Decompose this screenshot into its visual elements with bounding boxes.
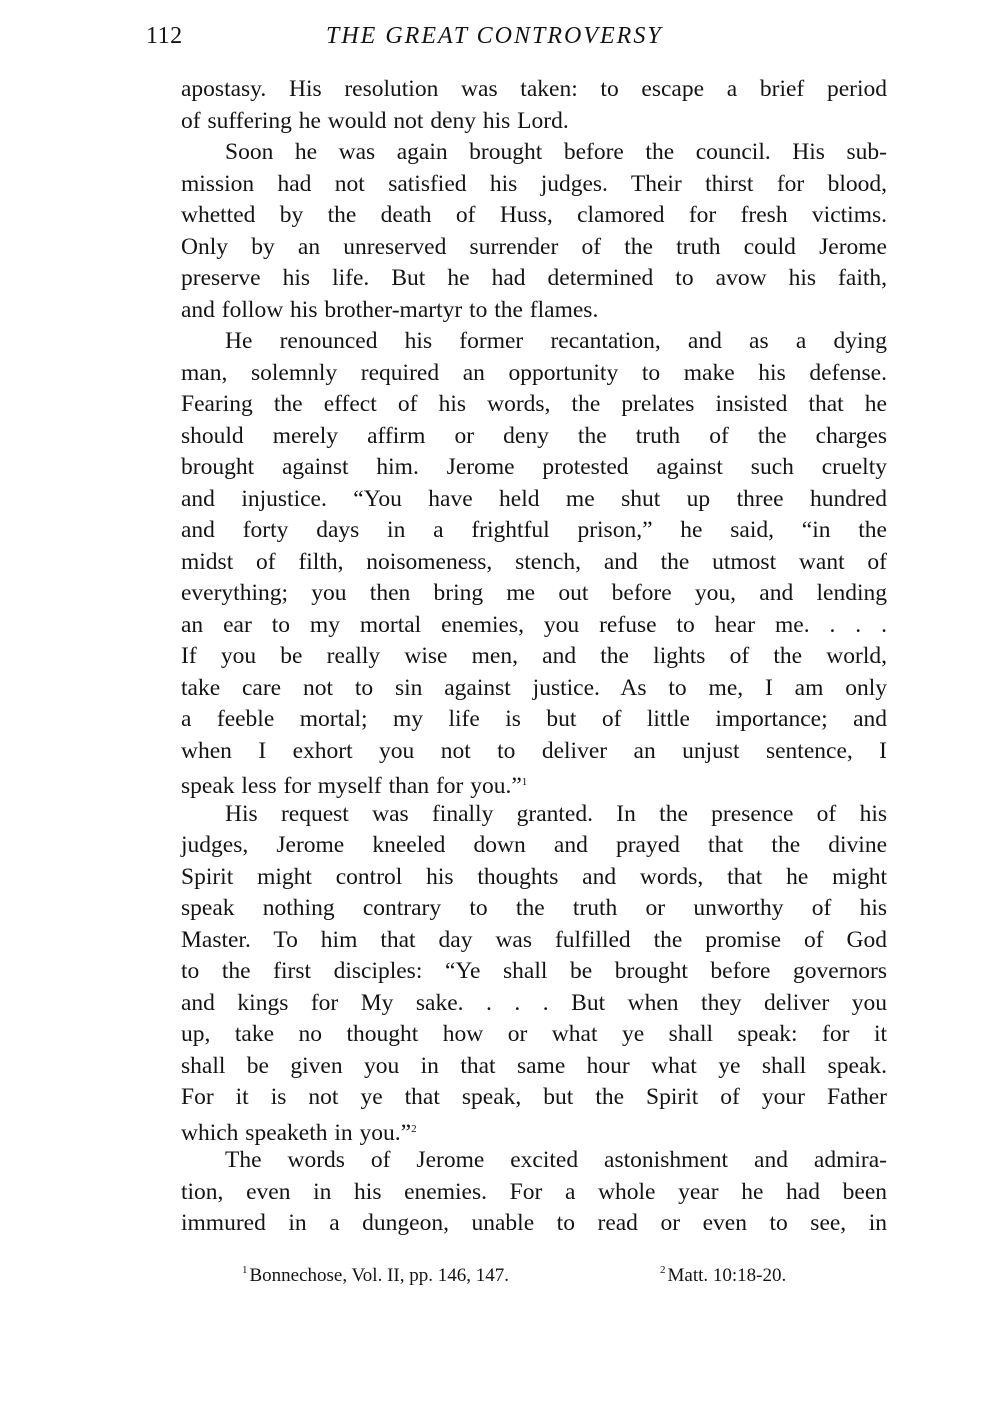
text-line: and follow his brother-martyr to the fla… xyxy=(181,295,887,327)
running-title: THE GREAT CONTROVERSY xyxy=(326,18,663,54)
body-text: apostasy. His resolution was taken: to e… xyxy=(181,74,887,1240)
text-line: when I exhort you not to deliver an unju… xyxy=(181,736,887,768)
text-line: whetted by the death of Huss, clamored f… xyxy=(181,200,887,232)
paragraph: apostasy. His resolution was taken: to e… xyxy=(181,74,887,137)
text-line: and injustice. “You have held me shut up… xyxy=(181,484,887,516)
footnote-1: 1Bonnechose, Vol. II, pp. 146, 147. xyxy=(242,1256,509,1290)
text-line: and forty days in a frightful prison,” h… xyxy=(181,515,887,547)
text-line: mission had not satisfied his judges. Th… xyxy=(181,169,887,201)
page-number: 112 xyxy=(146,18,183,54)
footnote-marker: 1 xyxy=(242,1264,248,1276)
paragraph: His request was finally granted. In the … xyxy=(181,799,887,1146)
text-line: of suffering he would not deny his Lord. xyxy=(181,106,887,138)
text-line: up, take no thought how or what ye shall… xyxy=(181,1019,887,1051)
text-line: immured in a dungeon, unable to read or … xyxy=(181,1208,887,1240)
text-line: speak nothing contrary to the truth or u… xyxy=(181,893,887,925)
text-line: preserve his life. But he had determined… xyxy=(181,263,887,295)
text-line: everything; you then bring me out before… xyxy=(181,578,887,610)
text-line: brought against him. Jerome protested ag… xyxy=(181,452,887,484)
footnote-ref[interactable]: 2 xyxy=(411,1123,417,1135)
page-header: 112 THE GREAT CONTROVERSY xyxy=(146,18,886,54)
text-line: He renounced his former recantation, and… xyxy=(181,326,887,358)
text-line: apostasy. His resolution was taken: to e… xyxy=(181,74,887,106)
paragraph: Soon he was again brought before the cou… xyxy=(181,137,887,326)
text-line: Only by an unreserved surrender of the t… xyxy=(181,232,887,264)
text-line: which speaketh in you.”2 xyxy=(181,1114,887,1146)
text-line: Fearing the effect of his words, the pre… xyxy=(181,389,887,421)
text-line: midst of filth, noisomeness, stench, and… xyxy=(181,547,887,579)
text-line: and kings for My sake. . . . But when th… xyxy=(181,988,887,1020)
text-line: a feeble mortal; my life is but of littl… xyxy=(181,704,887,736)
text-line: speak less for myself than for you.”1 xyxy=(181,767,887,799)
text-line: man, solemnly required an opportunity to… xyxy=(181,358,887,390)
footnote-2: 2Matt. 10:18-20. xyxy=(660,1256,786,1290)
text-line-content: which speaketh in you.” xyxy=(181,1120,411,1146)
text-line: tion, even in his enemies. For a whole y… xyxy=(181,1177,887,1209)
text-line: The words of Jerome excited astonishment… xyxy=(181,1145,887,1177)
text-line: Soon he was again brought before the cou… xyxy=(181,137,887,169)
text-line: Spirit might control his thoughts and wo… xyxy=(181,862,887,894)
text-line-content: speak less for myself than for you.” xyxy=(181,773,522,799)
text-line: shall be given you in that same hour wha… xyxy=(181,1051,887,1083)
footnote-text: Matt. 10:18-20. xyxy=(668,1265,787,1286)
text-line: judges, Jerome kneeled down and prayed t… xyxy=(181,830,887,862)
paragraph: He renounced his former recantation, and… xyxy=(181,326,887,799)
text-line: to the first disciples: “Ye shall be bro… xyxy=(181,956,887,988)
text-line: an ear to my mortal enemies, you refuse … xyxy=(181,610,887,642)
text-line: take care not to sin against justice. As… xyxy=(181,673,887,705)
text-line: Master. To him that day was fulfilled th… xyxy=(181,925,887,957)
text-line: If you be really wise men, and the light… xyxy=(181,641,887,673)
footnote-marker: 2 xyxy=(660,1264,666,1276)
footnote-ref[interactable]: 1 xyxy=(522,776,528,788)
text-line: For it is not ye that speak, but the Spi… xyxy=(181,1082,887,1114)
text-line: His request was finally granted. In the … xyxy=(181,799,887,831)
footnote-text: Bonnechose, Vol. II, pp. 146, 147. xyxy=(250,1265,509,1286)
paragraph: The words of Jerome excited astonishment… xyxy=(181,1145,887,1240)
text-line: should merely affirm or deny the truth o… xyxy=(181,421,887,453)
